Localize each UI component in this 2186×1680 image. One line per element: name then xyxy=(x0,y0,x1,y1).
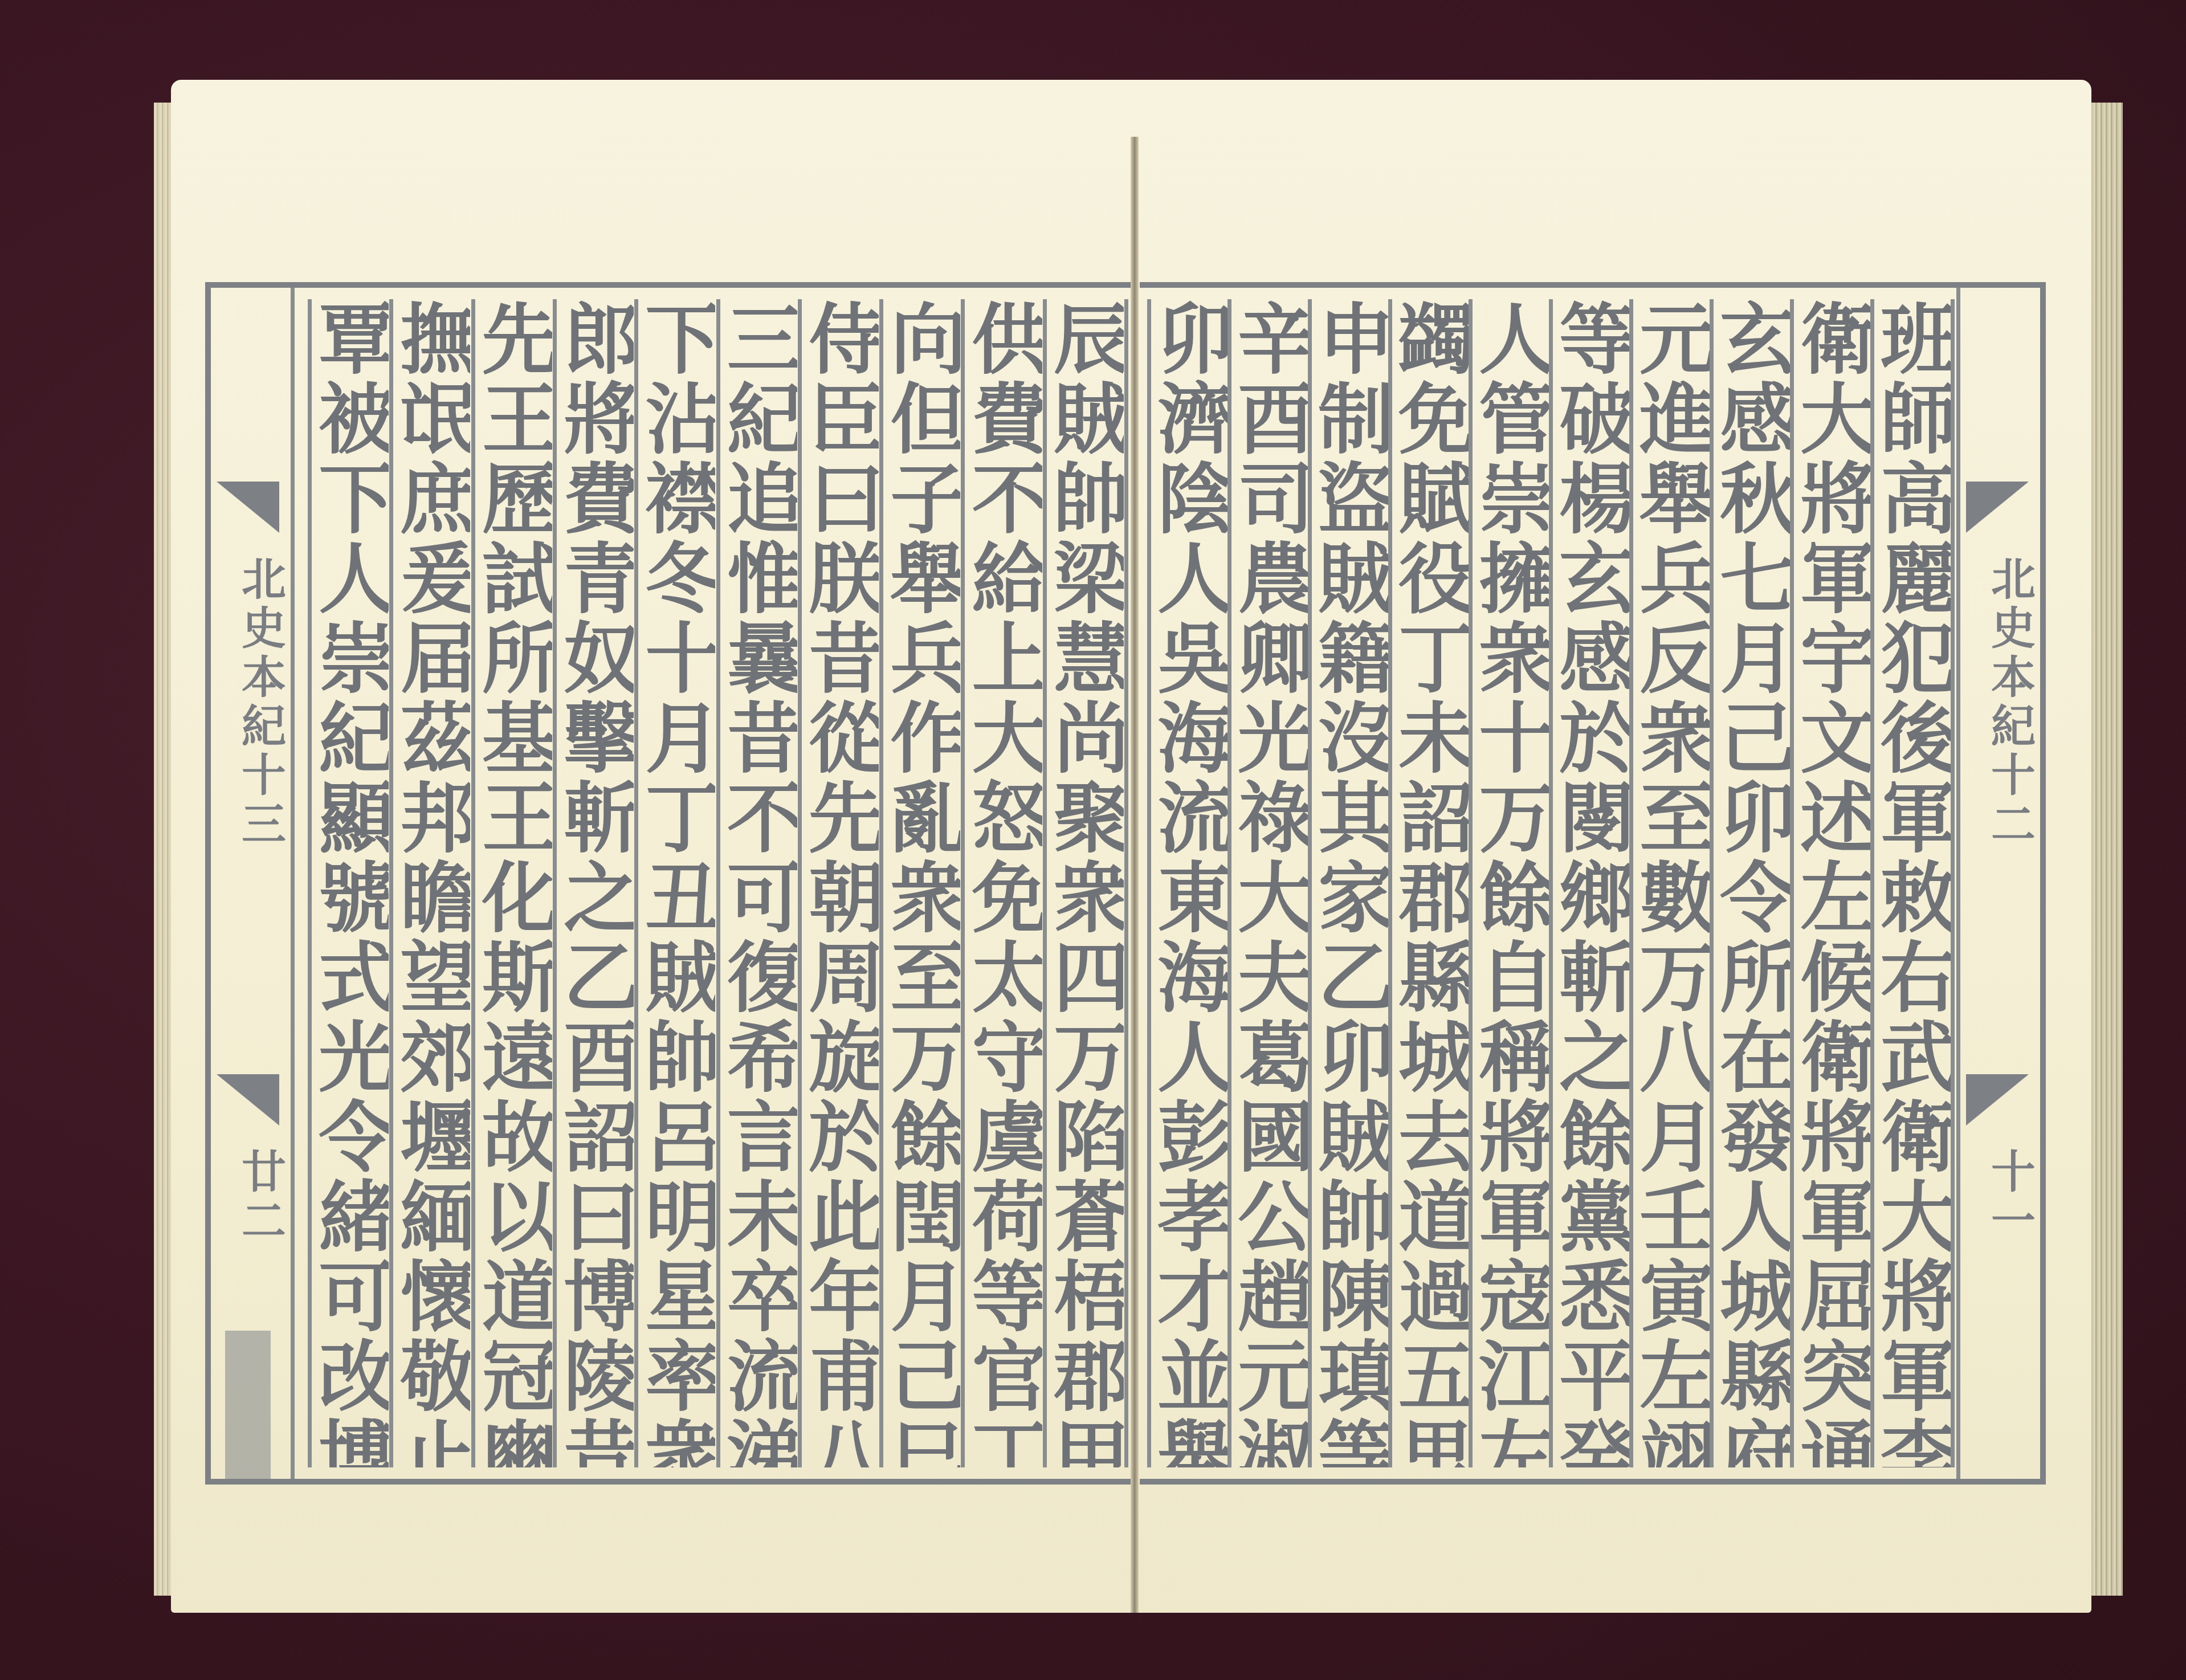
black-mouth-ornament xyxy=(225,1331,271,1479)
fishtail-top-ornament xyxy=(1966,482,2029,533)
left-page-text-frame: 北史本紀十三 廿二 辰賊帥梁慧尚聚衆四万陷蒼梧郡甲午車駕次上谷以 供費不給上大怒… xyxy=(205,282,1140,1485)
column-text: 班師高麗犯後軍敕右武衛大將軍李景為後拒遣左翊 xyxy=(1874,299,1951,1467)
column-text: 等破楊玄感於閿鄉斬之餘黨悉平癸卯吳人朱爕晉陵 xyxy=(1553,299,1629,1467)
text-column: 班師高麗犯後軍敕右武衛大將軍李景為後拒遣左翊 xyxy=(1870,299,1955,1467)
column-text: 供費不給上大怒免太守虞荷等官丁酉東陽人李三兒 xyxy=(966,299,1042,1467)
left-page: 北史本紀十三 廿二 辰賊帥梁慧尚聚衆四万陷蒼梧郡甲午車駕次上谷以 供費不給上大怒… xyxy=(171,80,1134,1613)
column-text: 向但子舉兵作亂衆至万餘閏月己巳幸博陵庚午上謂 xyxy=(884,299,960,1467)
text-column: 玄感秋七月己卯令所在發人城縣府驛癸未餘杭人劉 xyxy=(1710,299,1790,1467)
column-text: 申制盜賊籍沒其家乙卯賊帥陳瑱等三万攻陷信安郡 xyxy=(1312,299,1388,1467)
column-text: 下沾襟冬十月丁丑賊帥呂明星率衆數千圍東郡武賁 xyxy=(639,299,715,1467)
text-column: 三紀追惟曩昔不可復希言未卒流涕嗚咽侍衛者皆泣 xyxy=(716,299,798,1467)
right-page-text-frame: 北史本紀十二 十一 班師高麗犯後軍敕右武衛大將軍李景為後拒遣左翊 衛大將軍宇文述… xyxy=(1140,282,2046,1485)
open-book: 北史本紀十三 廿二 辰賊帥梁慧尚聚衆四万陷蒼梧郡甲午車駕次上谷以 供費不給上大怒… xyxy=(171,80,2091,1613)
text-column: 供費不給上大怒免太守虞荷等官丁酉東陽人李三兒 xyxy=(961,299,1042,1467)
text-column: 衛大將軍宇文述左候衛將軍屈突通等馳傳發兵以討 xyxy=(1790,299,1870,1467)
left-margin-title: 北史本紀十三 xyxy=(228,556,292,850)
text-column: 蠲免賦役丁未詔郡縣城去道過五里已上者徙就之戊 xyxy=(1388,299,1469,1467)
column-text: 人管崇擁衆十万餘自稱將軍寇江左甲辰制驍果之家 xyxy=(1473,299,1549,1467)
text-column: 申制盜賊籍沒其家乙卯賊帥陳瑱等三万攻陷信安郡 xyxy=(1308,299,1388,1467)
column-text: 辰賊帥梁慧尚聚衆四万陷蒼梧郡甲午車駕次上谷以 xyxy=(1047,299,1124,1467)
text-column: 下沾襟冬十月丁丑賊帥呂明星率衆數千圍東郡武賁 xyxy=(634,299,716,1467)
text-column: 元進舉兵反衆至數万八月壬寅左翊衛大將軍宇文述 xyxy=(1629,299,1710,1467)
book-gutter xyxy=(1131,137,1139,1613)
column-text: 郎將費青奴擊斬之乙酉詔曰博陵昔為定州地居衝要 xyxy=(557,299,634,1467)
text-column: 郎將費青奴擊斬之乙酉詔曰博陵昔為定州地居衝要 xyxy=(553,299,634,1467)
fishtail-top-ornament xyxy=(217,482,279,533)
text-column: 先王歷試所基王化斯遠故以道冠豳風義高姚邑朕巡 xyxy=(471,299,553,1467)
column-text: 元進舉兵反衆至數万八月壬寅左翊衛大將軍宇文述 xyxy=(1633,299,1710,1467)
right-folio-number: 十一 xyxy=(1977,1148,2041,1246)
column-text: 玄感秋七月己卯令所在發人城縣府驛癸未餘杭人劉 xyxy=(1714,299,1790,1467)
left-page-columns: 辰賊帥梁慧尚聚衆四万陷蒼梧郡甲午車駕次上谷以 供費不給上大怒免太守虞荷等官丁酉東… xyxy=(308,299,1128,1467)
column-text: 三紀追惟曩昔不可復希言未卒流涕嗚咽侍衛者皆泣 xyxy=(721,299,797,1467)
text-column: 覃被下人崇紀顯號式光令緒可改博陵為高陽郡赦境 xyxy=(308,299,389,1467)
text-column: 等破楊玄感於閿鄉斬之餘黨悉平癸卯吳人朱爕晉陵 xyxy=(1549,299,1629,1467)
fishtail-bottom-ornament xyxy=(217,1074,279,1126)
right-margin-title: 北史本紀十二 xyxy=(1977,556,2041,850)
text-column: 向但子舉兵作亂衆至万餘閏月己巳幸博陵庚午上謂 xyxy=(879,299,961,1467)
column-text: 蠲免賦役丁未詔郡縣城去道過五里已上者徙就之戊 xyxy=(1392,299,1469,1467)
text-column: 辛酉司農卿光祿大夫葛國公趙元淑以罪伏誅九月己 xyxy=(1227,299,1308,1467)
text-column: 撫氓庶爰届茲邦瞻望郊壥緬懷敬止思所以宣播慶澤 xyxy=(389,299,471,1467)
column-text: 撫氓庶爰届茲邦瞻望郊壥緬懷敬止思所以宣播慶澤 xyxy=(394,299,470,1467)
left-page-banxin: 北史本紀十三 廿二 xyxy=(211,288,295,1479)
fishtail-bottom-ornament xyxy=(1966,1074,2029,1126)
column-text: 辛酉司農卿光祿大夫葛國公趙元淑以罪伏誅九月己 xyxy=(1231,299,1308,1467)
text-column: 辰賊帥梁慧尚聚衆四万陷蒼梧郡甲午車駕次上谷以 xyxy=(1043,299,1128,1467)
text-column: 人管崇擁衆十万餘自稱將軍寇江左甲辰制驍果之家 xyxy=(1469,299,1549,1467)
text-column: 卯濟陰人吳海流東海人彭孝才並舉兵為盜衆數万庚 xyxy=(1147,299,1227,1467)
column-text: 卯濟陰人吳海流東海人彭孝才並舉兵為盜衆數万庚 xyxy=(1151,299,1227,1467)
text-column: 侍臣曰朕昔從先朝周旋於此年甫八歲日月不居倏經 xyxy=(798,299,879,1467)
right-page-columns: 班師高麗犯後軍敕右武衛大將軍李景為後拒遣左翊 衛大將軍宇文述左候衛將軍屈突通等馳… xyxy=(1151,299,1955,1467)
column-text: 覃被下人崇紀顯號式光令緒可改博陵為高陽郡赦境 xyxy=(312,299,389,1467)
column-text: 侍臣曰朕昔從先朝周旋於此年甫八歲日月不居倏經 xyxy=(802,299,879,1467)
right-page-banxin: 北史本紀十二 十一 xyxy=(1956,288,2040,1479)
column-text: 衛大將軍宇文述左候衛將軍屈突通等馳傳發兵以討 xyxy=(1794,299,1870,1467)
column-text: 先王歷試所基王化斯遠故以道冠豳風義高姚邑朕巡 xyxy=(476,299,552,1467)
left-folio-number: 廿二 xyxy=(228,1148,292,1246)
